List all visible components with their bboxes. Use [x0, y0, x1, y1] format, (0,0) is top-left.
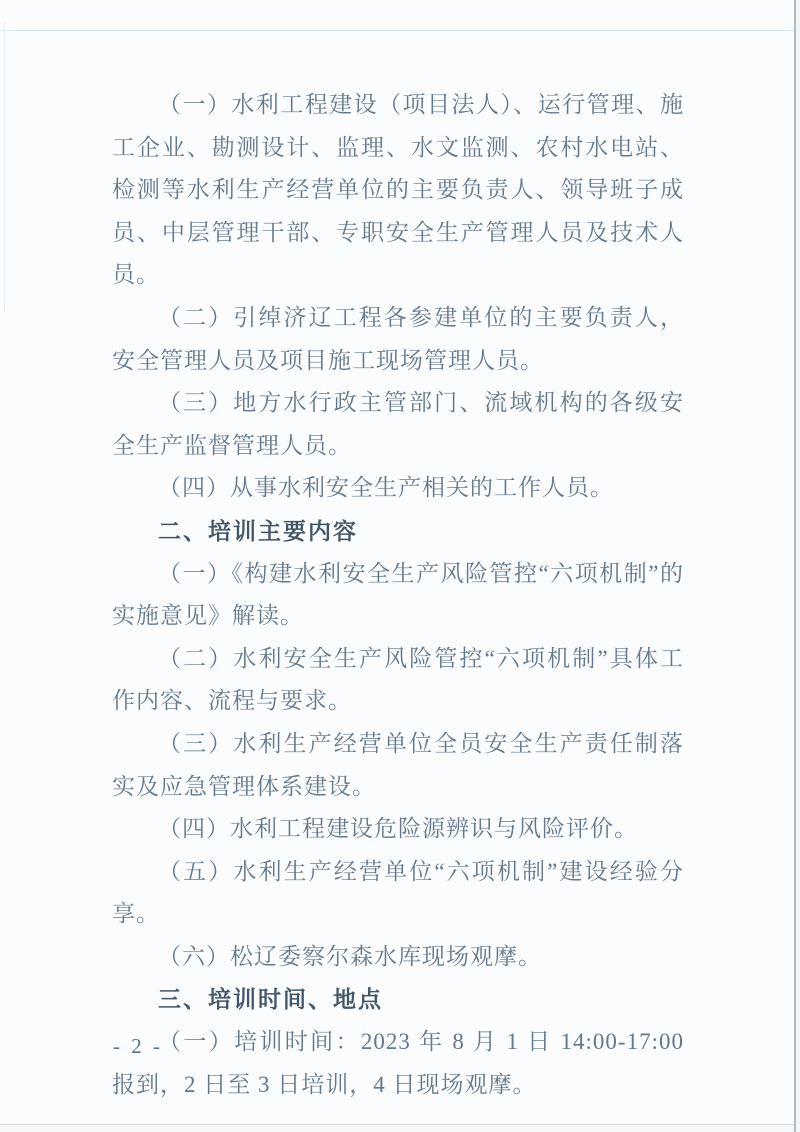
scan-bottom-margin: [0, 1125, 794, 1132]
paragraph-trainees-item-1: （一）水利工程建设（项目法人）、运行管理、施工企业、勘测设计、监理、水文监测、农…: [112, 84, 684, 297]
scan-right-margin: [796, 0, 800, 1132]
section-heading-training-time-location: 三、培训时间、地点: [112, 978, 684, 1021]
paragraph-time-item-1: （一）培训时间：2023 年 8 月 1 日 14:00-17:00 报到，2 …: [112, 1021, 684, 1106]
paragraph-content-item-2: （二）水利安全生产风险管控“六项机制”具体工作内容、流程与要求。: [112, 638, 684, 723]
paragraph-content-item-4: （四）水利工程建设危险源辨识与风险评价。: [112, 808, 684, 851]
scanner-artifact-line-top: [0, 30, 800, 31]
paragraph-content-item-5: （五）水利生产经营单位“六项机制”建设经验分享。: [112, 851, 684, 936]
paragraph-content-item-6: （六）松辽委察尔森水库现场观摩。: [112, 936, 684, 979]
paragraph-trainees-item-2: （二）引绰济辽工程各参建单位的主要负责人，安全管理人员及项目施工现场管理人员。: [112, 297, 684, 382]
page-number: - 2 -: [113, 1034, 163, 1059]
document-body: （一）水利工程建设（项目法人）、运行管理、施工企业、勘测设计、监理、水文监测、农…: [112, 84, 684, 1106]
paragraph-content-item-3: （三）水利生产经营单位全员安全生产责任制落实及应急管理体系建设。: [112, 723, 684, 808]
section-heading-training-content: 二、培训主要内容: [112, 510, 684, 553]
paper-edge-right: [794, 0, 796, 1132]
paragraph-trainees-item-3: （三）地方水行政主管部门、流域机构的各级安全生产监督管理人员。: [112, 382, 684, 467]
paragraph-trainees-item-4: （四）从事水利安全生产相关的工作人员。: [112, 467, 684, 510]
scanned-document-page: （一）水利工程建设（项目法人）、运行管理、施工企业、勘测设计、监理、水文监测、农…: [0, 0, 800, 1132]
paragraph-content-item-1: （一）《构建水利安全生产风险管控“六项机制”的实施意见》解读。: [112, 553, 684, 638]
scanner-artifact-line-left: [4, 22, 5, 312]
